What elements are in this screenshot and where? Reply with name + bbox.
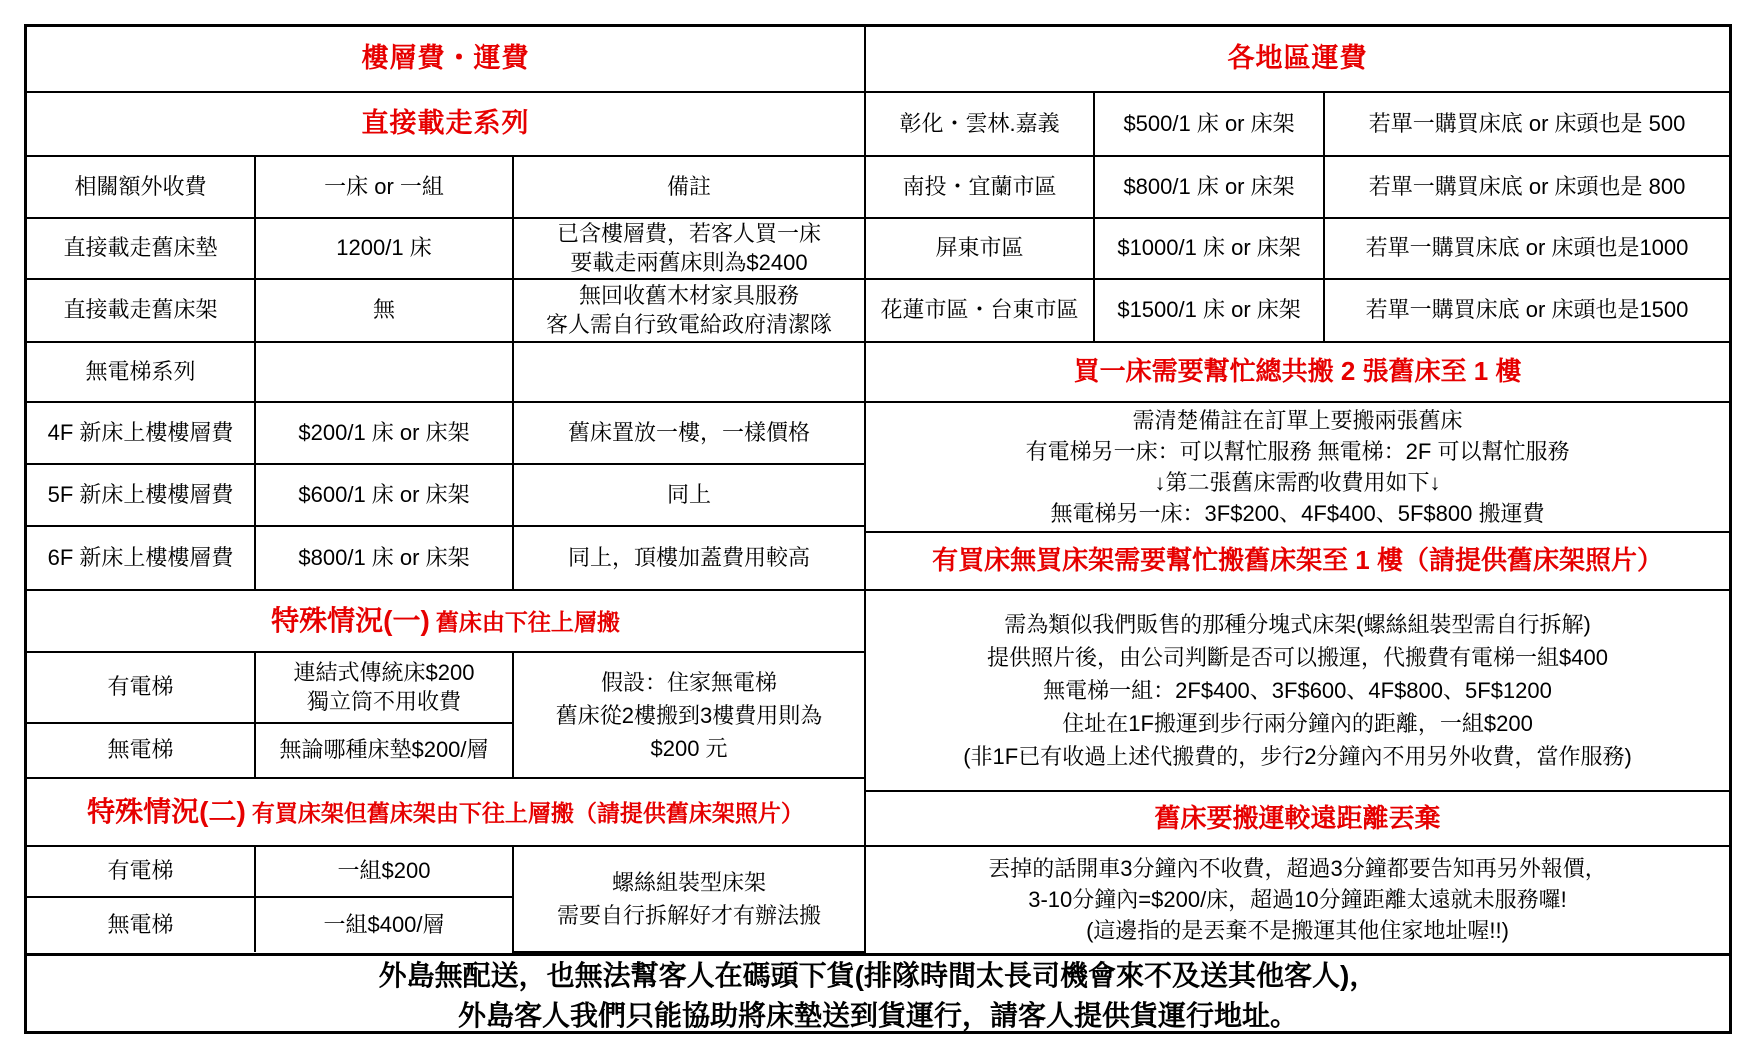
table-row: 有電梯 一組$200 螺絲組裝型床架 需要自行拆解好才有辦法搬 [27, 846, 865, 897]
table-row: 彰化・雲林.嘉義 $500/1 床 or 床架 若單一購買床底 or 床頭也是 … [866, 92, 1729, 156]
col-header-unit: 一床 or 一組 [255, 156, 513, 218]
table-row: 無電梯系列 [27, 342, 865, 402]
cell-price: 無論哪種床墊$200/層 [255, 723, 513, 778]
col-header-extra-charge: 相關額外收費 [27, 156, 255, 218]
cell-item: 5F 新床上樓樓層費 [27, 464, 255, 526]
cell-price: $800/1 床 or 床架 [255, 526, 513, 590]
cell-note: 若單一購買床底 or 床頭也是1000 [1324, 218, 1729, 279]
table-row: 有電梯 連結式傳統床$200 獨立筒不用收費 假設：住家無電梯 舊床從2樓搬到3… [27, 652, 865, 723]
cell-item: 無電梯 [27, 897, 255, 952]
cell-region: 彰化・雲林.嘉義 [866, 92, 1094, 156]
special-case-2-subtitle: 有買床架但舊床架由下往上層搬（請提供舊床架照片） [252, 800, 804, 826]
cell-item: 有電梯 [27, 652, 255, 723]
cell-no-elevator-series: 無電梯系列 [27, 342, 255, 402]
cell-note: 無回收舊木材家具服務 客人需自行致電給政府清潔隊 [513, 279, 865, 342]
cell-price: $500/1 床 or 床架 [1094, 92, 1324, 156]
cell-price: $1500/1 床 or 床架 [1094, 279, 1324, 342]
cell-price: $800/1 床 or 床架 [1094, 156, 1324, 218]
cell-note: 已含樓層費，若客人買一床 要載走兩舊床則為$2400 [513, 218, 865, 279]
cell-price: 連結式傳統床$200 獨立筒不用收費 [255, 652, 513, 723]
cell-item: 直接載走舊床架 [27, 279, 255, 342]
special-case-1-title: 特殊情況(一) [271, 605, 430, 636]
table-row: 直接載走舊床墊 1200/1 床 已含樓層費，若客人買一床 要載走兩舊床則為$2… [27, 218, 865, 279]
cell-region: 南投・宜蘭市區 [866, 156, 1094, 218]
region-fee-table: 各地區運費 彰化・雲林.嘉義 $500/1 床 or 床架 若單一購買床底 or… [866, 27, 1729, 952]
section-discard-distance-title: 舊床要搬運較遠距離丟棄 [866, 791, 1729, 846]
cell-region: 花蓮市區・台東市區 [866, 279, 1094, 342]
section-move-two-beds-title: 買一床需要幫忙總共搬 2 張舊床至 1 樓 [866, 342, 1729, 402]
cell-price: $600/1 床 or 床架 [255, 464, 513, 526]
special-case-2-title: 特殊情況(二) [87, 796, 246, 827]
right-table-title: 各地區運費 [866, 27, 1729, 92]
cell-price: 一組$400/層 [255, 897, 513, 952]
cell-note: 同上，頂樓加蓋費用較高 [513, 526, 865, 590]
cell-item: 4F 新床上樓樓層費 [27, 402, 255, 464]
cell-item: 直接載走舊床墊 [27, 218, 255, 279]
section-move-two-beds-body: 需清楚備註在訂單上要搬兩張舊床 有電梯另一床：可以幫忙服務 無電梯：2F 可以幫… [866, 402, 1729, 532]
footer-line-2: 外島客人我們只能協助將床墊送到貨運行，請客人提供貨運行地址。 [458, 996, 1298, 1036]
cell-item: 有電梯 [27, 846, 255, 897]
table-row: 花蓮市區・台東市區 $1500/1 床 or 床架 若單一購買床底 or 床頭也… [866, 279, 1729, 342]
pricing-sheet: 樓層費・運費 直接載走系列 相關額外收費 一床 or 一組 備註 直接載走舊床墊… [24, 24, 1732, 1034]
cell-note: 若單一購買床底 or 床頭也是1500 [1324, 279, 1729, 342]
left-table-title: 樓層費・運費 [27, 27, 865, 92]
floor-fee-table: 樓層費・運費 直接載走系列 相關額外收費 一床 or 一組 備註 直接載走舊床墊… [27, 27, 866, 953]
cell-note: 若單一購買床底 or 床頭也是 500 [1324, 92, 1729, 156]
table-row: 屏東市區 $1000/1 床 or 床架 若單一購買床底 or 床頭也是1000 [866, 218, 1729, 279]
table-row: 5F 新床上樓樓層費 $600/1 床 or 床架 同上 [27, 464, 865, 526]
cell-price: 一組$200 [255, 846, 513, 897]
cell-region: 屏東市區 [866, 218, 1094, 279]
cell-price: $200/1 床 or 床架 [255, 402, 513, 464]
table-row: 4F 新床上樓樓層費 $200/1 床 or 床架 舊床置放一樓，一樣價格 [27, 402, 865, 464]
col-header-remark: 備註 [513, 156, 865, 218]
cell-empty [513, 342, 865, 402]
table-row: 6F 新床上樓樓層費 $800/1 床 or 床架 同上，頂樓加蓋費用較高 [27, 526, 865, 590]
cell-merged-note: 假設：住家無電梯 舊床從2樓搬到3樓費用則為 $200 元 [513, 652, 865, 778]
special-case-1-subtitle: 舊床由下往上層搬 [436, 609, 620, 635]
cell-price: $1000/1 床 or 床架 [1094, 218, 1324, 279]
tables-row: 樓層費・運費 直接載走系列 相關額外收費 一床 or 一組 備註 直接載走舊床墊… [27, 27, 1729, 953]
table-row: 南投・宜蘭市區 $800/1 床 or 床架 若單一購買床底 or 床頭也是 8… [866, 156, 1729, 218]
cell-merged-note: 螺絲組裝型床架 需要自行拆解好才有辦法搬 [513, 846, 865, 952]
section-move-old-frame-title: 有買床無買床架需要幫忙搬舊床架至 1 樓（請提供舊床架照片） [866, 532, 1729, 590]
cell-price: 1200/1 床 [255, 218, 513, 279]
footer-note: 外島無配送，也無法幫客人在碼頭下貨(排隊時間太長司機會來不及送其他客人)， 外島… [27, 953, 1729, 1036]
cell-item: 無電梯 [27, 723, 255, 778]
cell-note: 舊床置放一樓，一樣價格 [513, 402, 865, 464]
cell-item: 6F 新床上樓樓層費 [27, 526, 255, 590]
table-row: 直接載走舊床架 無 無回收舊木材家具服務 客人需自行致電給政府清潔隊 [27, 279, 865, 342]
cell-note: 同上 [513, 464, 865, 526]
footer-line-1: 外島無配送，也無法幫客人在碼頭下貨(排隊時間太長司機會來不及送其他客人)， [379, 956, 1378, 996]
special-case-2-header: 特殊情況(二) 有買床架但舊床架由下往上層搬（請提供舊床架照片） [27, 778, 865, 846]
cell-note: 若單一購買床底 or 床頭也是 800 [1324, 156, 1729, 218]
special-case-1-header: 特殊情況(一) 舊床由下往上層搬 [27, 590, 865, 652]
cell-empty [255, 342, 513, 402]
cell-price: 無 [255, 279, 513, 342]
section-discard-distance-body: 丟掉的話開車3分鐘內不收費，超過3分鐘都要告知再另外報價， 3-10分鐘內=$2… [866, 846, 1729, 952]
left-subheader-direct-series: 直接載走系列 [27, 92, 865, 156]
section-move-old-frame-body: 需為類似我們販售的那種分塊式床架(螺絲組裝型需自行拆解) 提供照片後，由公司判斷… [866, 590, 1729, 791]
